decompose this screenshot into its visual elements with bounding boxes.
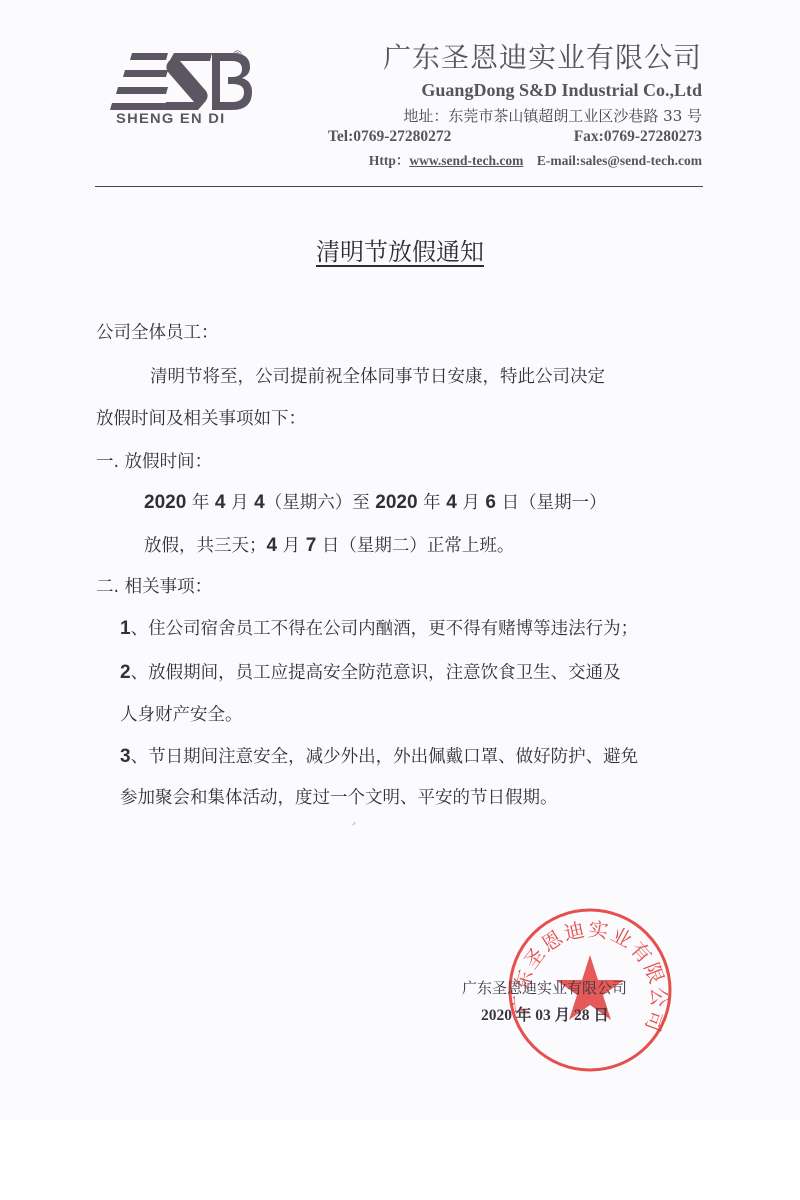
- company-name-en: GuangDong S&D Industrial Co.,Ltd: [421, 80, 702, 101]
- salutation: 公司全体员工：: [96, 319, 219, 344]
- logo-text: SHENG EN DI: [116, 110, 225, 126]
- registered-mark: ®: [233, 48, 242, 62]
- item-3-cont: 参加聚会和集体活动，度过一个文明、平安的节日假期。: [120, 784, 558, 809]
- header-divider: [95, 186, 703, 187]
- scan-artifact: ᐟ: [352, 821, 356, 832]
- item-2: 2、放假期间，员工应提高安全防范意识，注意饮食卫生、交通及: [120, 659, 621, 684]
- contact-phone-fax: Tel:0769-27280272 Fax:0769-27280273: [328, 128, 702, 146]
- fax: Fax:0769-27280273: [574, 128, 702, 146]
- signature-date: 2020 年 03 月 28 日: [481, 1003, 609, 1025]
- resume-work-line: 放假，共三天；4 月 7 日（星期二）正常上班。: [144, 532, 514, 557]
- intro-line-1: 清明节将至，公司提前祝全体同事节日安康，特此公司决定: [150, 363, 605, 388]
- signature-company: 广东圣恩迪实业有限公司: [462, 977, 627, 998]
- holiday-date-line: 2020 年 4 月 4（星期六）至 2020 年 4 月 6 日（星期一）: [144, 489, 607, 514]
- http-label: Http：: [369, 153, 410, 168]
- item-2-cont: 人身财产安全。: [120, 701, 243, 726]
- section1-heading: 一. 放假时间：: [96, 448, 212, 473]
- tel: Tel:0769-27280272: [328, 128, 451, 146]
- company-name-cn: 广东圣恩迪实业有限公司: [383, 36, 702, 76]
- notice-title: 清明节放假通知: [0, 232, 800, 267]
- item-1: 1、住公司宿舍员工不得在公司内酗酒，更不得有赌博等违法行为；: [120, 615, 638, 640]
- page-margin: [0, 1120, 800, 1200]
- contact-web-email: Http：www.send-tech.com E-mail:sales@send…: [369, 149, 702, 169]
- email[interactable]: E-mail:sales@send-tech.com: [537, 153, 702, 168]
- item-3: 3、节日期间注意安全，减少外出，外出佩戴口罩、做好防护、避免: [120, 743, 638, 768]
- company-address: 地址：东莞市茶山镇超朗工业区沙巷路 33 号: [403, 105, 702, 126]
- website-link[interactable]: www.send-tech.com: [409, 153, 523, 168]
- intro-line-2: 放假时间及相关事项如下：: [96, 405, 306, 430]
- section2-heading: 二. 相关事项：: [96, 573, 212, 598]
